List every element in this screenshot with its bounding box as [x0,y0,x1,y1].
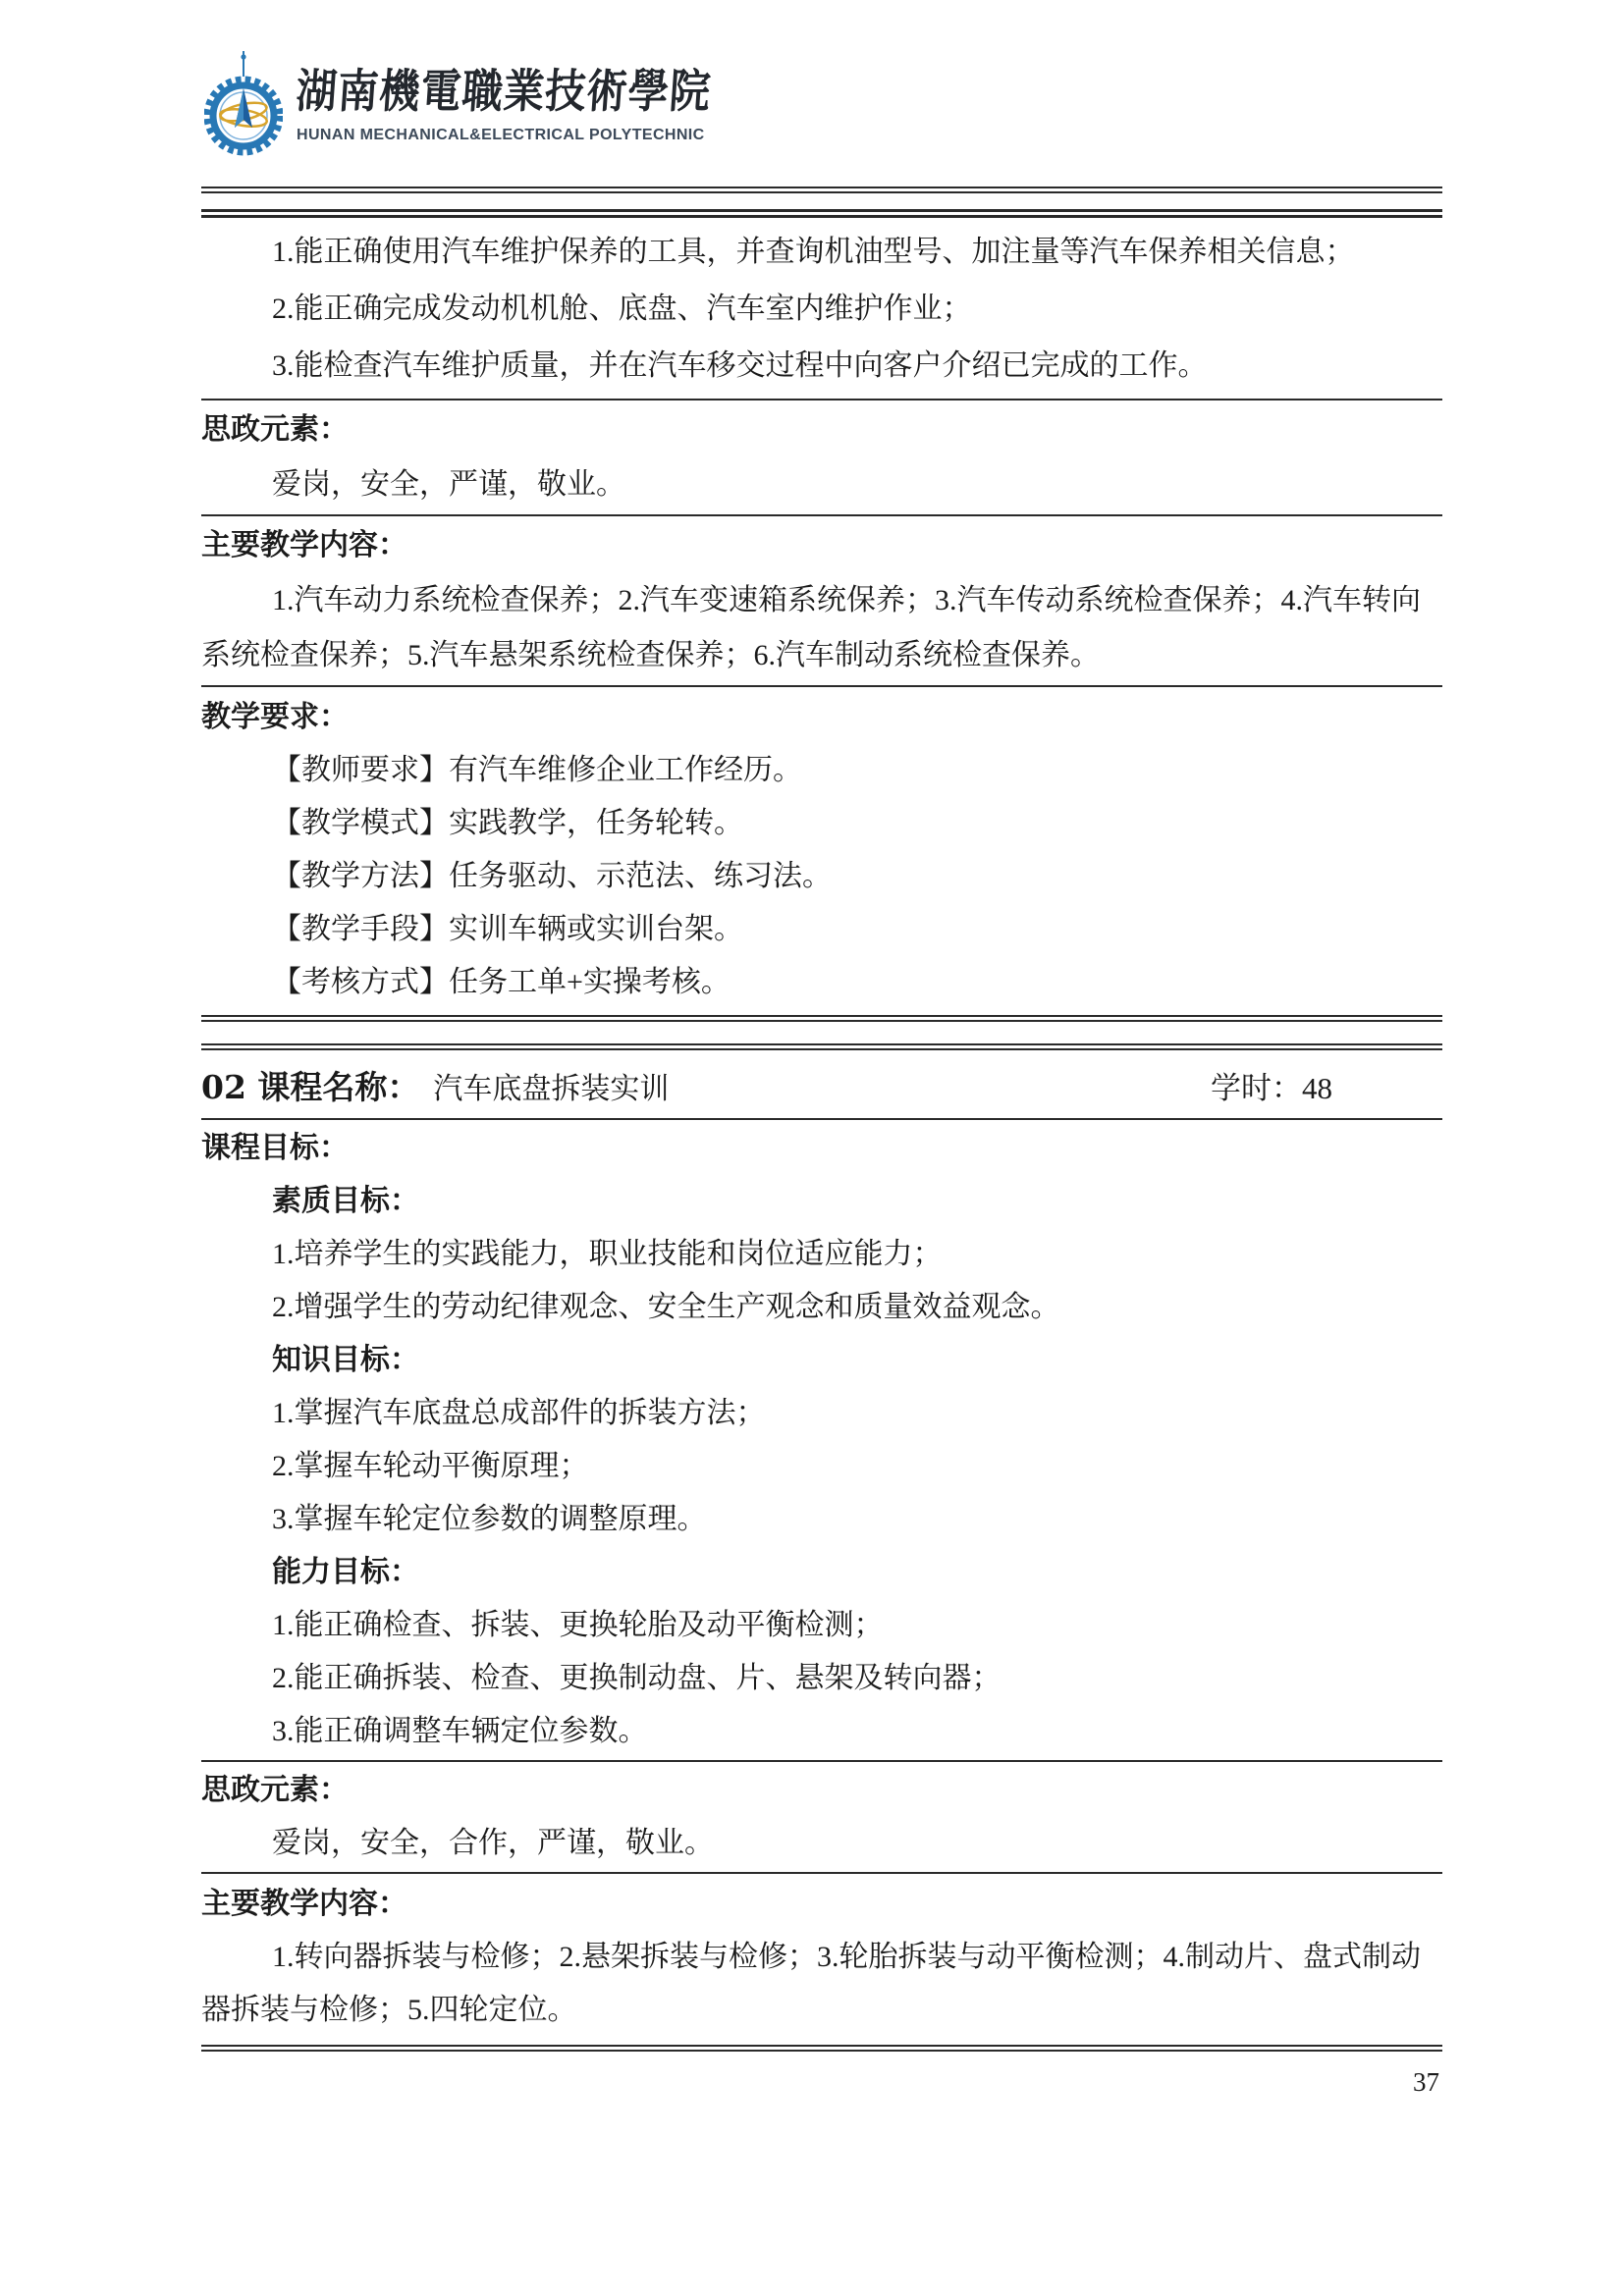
hours-value: 48 [1302,1071,1332,1105]
quality-goal-item: 1.培养学生的实践能力，职业技能和岗位适应能力； [201,1228,1442,1281]
ideology-text: 爱岗，安全，严谨，敬业。 [201,457,1442,512]
ability-continuation-row: 1.能正确使用汽车维护保养的工具，并查询机油型号、加注量等汽车保养相关信息； 2… [201,218,1442,400]
school-name-en: HUNAN MECHANICAL&ELECTRICAL POLYTECHNIC [297,127,768,144]
knowledge-goal-label: 知识目标： [201,1334,1442,1387]
ability-item: 1.能正确使用汽车维护保养的工具，并查询机油型号、加注量等汽车保养相关信息； [201,224,1442,281]
course-objectives-row: 课程目标： 素质目标： 1.培养学生的实践能力，职业技能和岗位适应能力； 2.增… [201,1120,1442,1762]
course-name: 汽车底盘拆装实训 [433,1064,669,1107]
teaching-content-row: 主要教学内容： 1.汽车动力系统检查保养；2.汽车变速箱系统保养；3.汽车传动系… [201,516,1442,687]
ideology-row: 思政元素： 爱岗，安全，严谨，敬业。 [201,400,1442,516]
requirement-item: 【教学模式】实践教学，任务轮转。 [201,797,1442,850]
ideology-label: 思政元素： [201,1764,1442,1817]
requirement-item: 【教学手段】实训车辆或实训台架。 [201,903,1442,956]
knowledge-goal-item: 1.掌握汽车底盘总成部件的拆装方法； [201,1387,1442,1440]
header-double-rule-2 [201,209,1442,218]
course-02-block: 02 课程名称： 汽车底盘拆装实训 学时：48 课程目标： 素质目标： 1.培养… [201,1043,1442,2052]
course-01-bottom-rule [201,1015,1442,1022]
quality-goal-label: 素质目标： [201,1175,1442,1228]
school-name-zh: 湖南機電職業技術學院 [295,55,714,121]
ability-goal-label: 能力目标： [201,1546,1442,1599]
teaching-requirements-label: 教学要求： [201,691,1442,744]
ability-goal-item: 3.能正确调整车辆定位参数。 [201,1705,1442,1758]
knowledge-goal-item: 3.掌握车轮定位参数的调整原理。 [201,1493,1442,1546]
school-logo-icon [204,49,283,159]
knowledge-goal-item: 2.掌握车轮动平衡原理； [201,1440,1442,1493]
ability-item: 3.能检查汽车维护质量，并在汽车移交过程中向客户介绍已完成的工作。 [201,338,1442,395]
course-hours: 学时：48 [1211,1063,1332,1107]
school-brand: 湖南機電職業技術學院 HUNAN MECHANICAL&ELECTRICAL P… [297,55,768,144]
teaching-content-label: 主要教学内容： [201,1878,1442,1931]
page-number: 37 [1413,2067,1439,2098]
document-page: 湖南機電職業技術學院 HUNAN MECHANICAL&ELECTRICAL P… [0,0,1624,2296]
ideology-text: 爱岗，安全，合作，严谨，敬业。 [201,1817,1442,1870]
course-02-top-rule [201,1043,1442,1050]
teaching-content-text: 1.转向器拆装与检修；2.悬架拆装与检修；3.轮胎拆装与动平衡检测；4.制动片、… [201,1931,1442,2037]
ability-goal-item: 2.能正确拆装、检查、更换制动盘、片、悬架及转向器； [201,1652,1442,1705]
ideology-row: 思政元素： 爱岗，安全，合作，严谨，敬业。 [201,1762,1442,1874]
objectives-label: 课程目标： [201,1122,1442,1175]
teaching-content-text: 1.汽车动力系统检查保养；2.汽车变速箱系统保养；3.汽车传动系统检查保养；4.… [201,573,1442,683]
teaching-content-label: 主要教学内容： [201,518,1442,573]
ideology-label: 思政元素： [201,402,1442,457]
teaching-requirements-row: 教学要求： 【教师要求】有汽车维修企业工作经历。 【教学模式】实践教学，任务轮转… [201,687,1442,1015]
course-number-label: 02 课程名称： [201,1062,419,1108]
ability-item: 2.能正确完成发动机机舱、底盘、汽车室内维护作业； [201,281,1442,338]
course-02-bottom-rule [201,2045,1442,2052]
hours-label: 学时： [1211,1071,1302,1105]
document-body: 1.能正确使用汽车维护保养的工具，并查询机油型号、加注量等汽车保养相关信息； 2… [201,187,1442,2052]
requirement-item: 【教学方法】任务驱动、示范法、练习法。 [201,850,1442,903]
requirement-item: 【教师要求】有汽车维修企业工作经历。 [201,744,1442,797]
ability-goal-item: 1.能正确检查、拆装、更换轮胎及动平衡检测； [201,1599,1442,1652]
requirement-item: 【考核方式】任务工单+实操考核。 [201,956,1442,1009]
course-01-block: 1.能正确使用汽车维护保养的工具，并查询机油型号、加注量等汽车保养相关信息； 2… [201,218,1442,1022]
teaching-content-row: 主要教学内容： 1.转向器拆装与检修；2.悬架拆装与检修；3.轮胎拆装与动平衡检… [201,1874,1442,2045]
course-title-row: 02 课程名称： 汽车底盘拆装实训 学时：48 [201,1050,1442,1120]
quality-goal-item: 2.增强学生的劳动纪律观念、安全生产观念和质量效益观念。 [201,1281,1442,1334]
header-double-rule-1 [201,187,1442,193]
